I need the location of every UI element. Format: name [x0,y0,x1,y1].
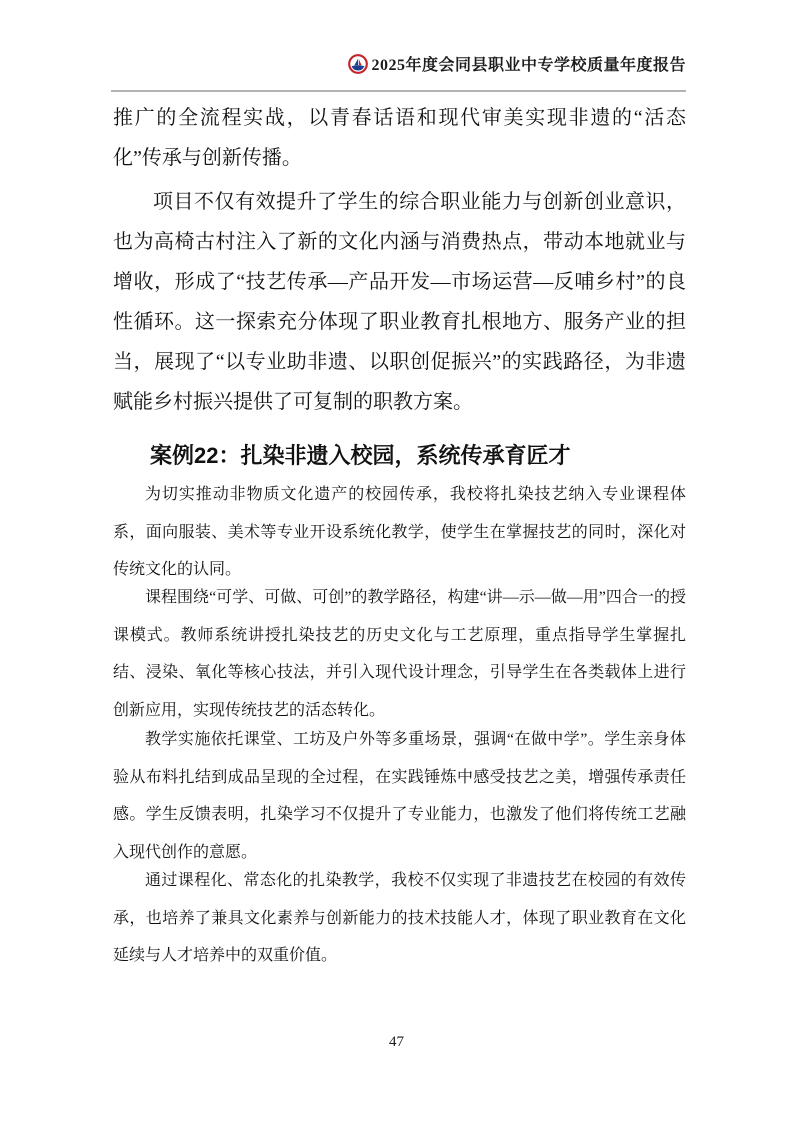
page-number: 47 [0,1034,793,1051]
paragraph: 教学实施依托课堂、工坊及户外等多重场景，强调“在做中学”。学生亲身体验从布料扎结… [113,721,686,871]
school-emblem-logo-icon [348,54,368,74]
paragraph: 为切实推动非物质文化遗产的校园传承，我校将扎染技艺纳入专业课程体系，面向服装、美… [113,476,686,589]
paragraph: 课程围绕“可学、可做、可创”的教学路径，构建“讲—示—做—用”四合一的授课模式。… [113,579,686,729]
header-title: 2025年度会同县职业中专学校质量年度报告 [371,52,686,75]
document-page: 2025年度会同县职业中专学校质量年度报告 推广的全流程实战，以青春话语和现代审… [0,0,793,1122]
paragraph-continued: 推广的全流程实战，以青春话语和现代审美实现非遗的“活态化”传承与创新传播。 [113,98,686,178]
page-header: 2025年度会同县职业中专学校质量年度报告 [113,52,686,75]
paragraph: 通过课程化、常态化的扎染教学，我校不仅实现了非遗技艺在校园的有效传承，也培养了兼… [113,862,686,975]
header-divider [111,90,686,92]
case-heading: 案例22：扎染非遗入校园，系统传承育匠才 [113,436,686,476]
paragraph: 项目不仅有效提升了学生的综合职业能力与创新创业意识，也为高椅古村注入了新的文化内… [113,182,686,422]
